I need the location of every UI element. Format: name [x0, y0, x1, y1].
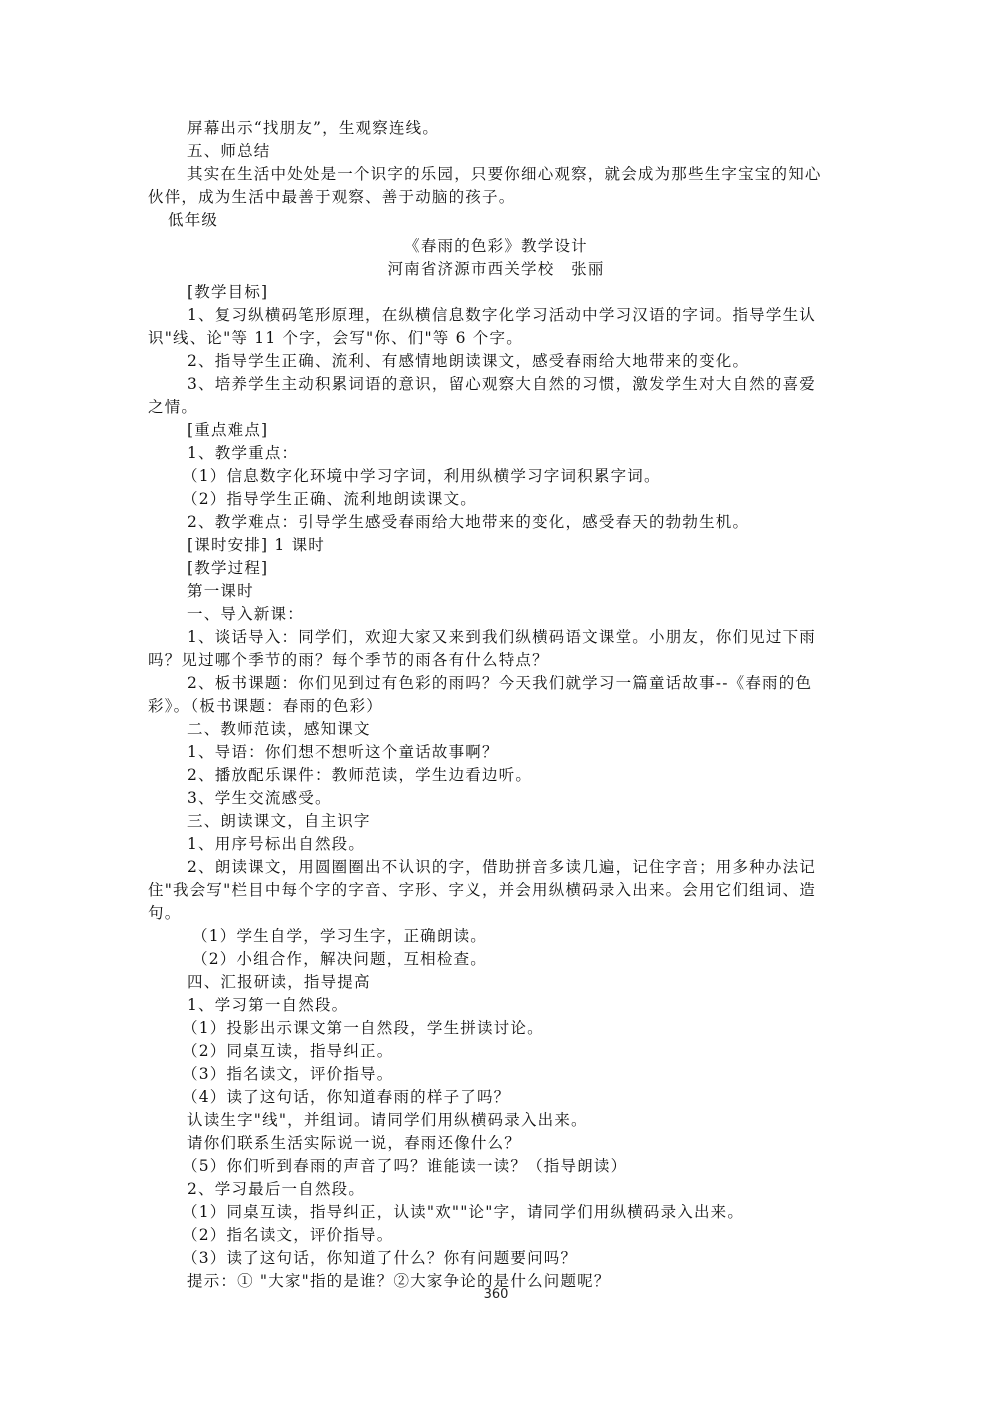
text-line: [教学过程]	[187, 557, 268, 579]
text-line: （3）指名读文，评价指导。	[182, 1063, 393, 1085]
text-line: （1）投影出示课文第一自然段，学生拼读讨论。	[182, 1017, 544, 1039]
text-line: 其实在生活中处处是一个识字的乐园，只要你细心观察，就会成为那些生字宝宝的知心	[187, 163, 822, 185]
text-line: （4）读了这句话，你知道春雨的样子了吗？	[182, 1086, 510, 1108]
text-line: 1、用序号标出自然段。	[187, 833, 365, 855]
text-line: 1、导语：你们想不想听这个童话故事啊？	[187, 741, 499, 763]
text-line: （5）你们听到春雨的声音了吗？谁能读一读？（指导朗读）	[182, 1155, 627, 1177]
heading-line: 河南省济源市西关学校 张丽	[0, 258, 992, 280]
text-line: 第一课时	[187, 580, 254, 602]
heading-line: 《春雨的色彩》教学设计	[0, 235, 992, 257]
text-line: 2、朗读课文，用圆圈圈出不认识的字，借助拼音多读几遍，记住字音；用多种办法记	[187, 856, 816, 878]
page-number: 360	[0, 1287, 992, 1302]
text-line: 五、师总结	[187, 140, 271, 162]
text-line: 低年级	[168, 209, 218, 231]
text-line: 3、学生交流感受。	[187, 787, 332, 809]
text-line: 句。	[148, 902, 181, 924]
text-line: 之情。	[148, 396, 198, 418]
text-line: 一、导入新课：	[187, 603, 304, 625]
text-line: 1、复习纵横码笔形原理，在纵横信息数字化学习活动中学习汉语的字词。指导学生认	[187, 304, 816, 326]
text-line: （3）读了这句话，你知道了什么？你有问题要问吗？	[182, 1247, 577, 1269]
text-line: 2、学习最后一自然段。	[187, 1178, 365, 1200]
text-line: （2）小组合作，解决问题，互相检查。	[192, 948, 487, 970]
text-line: [教学目标]	[187, 281, 268, 303]
text-line: 识"线、论"等 11 个字，会写"你、们"等 6 个字。	[148, 327, 523, 349]
text-line: （1）学生自学，学习生字，正确朗读。	[192, 925, 487, 947]
text-line: 3、培养学生主动积累词语的意识，留心观察大自然的习惯，激发学生对大自然的喜爱	[187, 373, 816, 395]
text-line: 请你们联系生活实际说一说，春雨还像什么？	[187, 1132, 521, 1154]
text-line: [重点难点]	[187, 419, 268, 441]
text-line: （2）同桌互读，指导纠正。	[182, 1040, 393, 1062]
text-line: 2、板书课题：你们见到过有色彩的雨吗？今天我们就学习一篇童话故事--《春雨的色	[187, 672, 812, 694]
text-line: 2、指导学生正确、流利、有感情地朗读课文，感受春雨给大地带来的变化。	[187, 350, 749, 372]
text-line: 伙伴，成为生活中最善于观察、善于动脑的孩子。	[148, 186, 515, 208]
text-line: （2）指名读文，评价指导。	[182, 1224, 393, 1246]
text-line: 1、学习第一自然段。	[187, 994, 348, 1016]
text-line: [课时安排] 1 课时	[187, 534, 325, 556]
text-line: 2、教学难点：引导学生感受春雨给大地带来的变化，感受春天的勃勃生机。	[187, 511, 749, 533]
text-line: 1、谈话导入：同学们，欢迎大家又来到我们纵横码语文课堂。小朋友，你们见过下雨	[187, 626, 816, 648]
text-line: （2）指导学生正确、流利地朗读课文。	[182, 488, 477, 510]
text-line: （1）信息数字化环境中学习字词，利用纵横学习字词积累字词。	[182, 465, 661, 487]
text-line: 二、教师范读，感知课文	[187, 718, 371, 740]
text-line: 吗？见过哪个季节的雨？每个季节的雨各有什么特点？	[148, 649, 549, 671]
text-line: 三、朗读课文，自主识字	[187, 810, 371, 832]
text-line: 认读生字"线"，并组词。请同学们用纵横码录入出来。	[187, 1109, 588, 1131]
text-line: 2、播放配乐课件：教师范读，学生边看边听。	[187, 764, 532, 786]
text-line: 屏幕出示“找朋友”，生观察连线。	[187, 117, 439, 139]
text-line: 1、教学重点：	[187, 442, 298, 464]
text-line: （1）同桌互读，指导纠正，认读"欢""论"字，请同学们用纵横码录入出来。	[182, 1201, 744, 1223]
text-line: 彩》。（板书课题：春雨的色彩）	[148, 695, 383, 717]
text-line: 四、汇报研读，指导提高	[187, 971, 371, 993]
document-page: 屏幕出示“找朋友”，生观察连线。五、师总结其实在生活中处处是一个识字的乐园，只要…	[0, 0, 992, 1403]
text-line: 住"我会写"栏目中每个字的字音、字形、字义，并会用纵横码录入出来。会用它们组词、…	[148, 879, 816, 901]
